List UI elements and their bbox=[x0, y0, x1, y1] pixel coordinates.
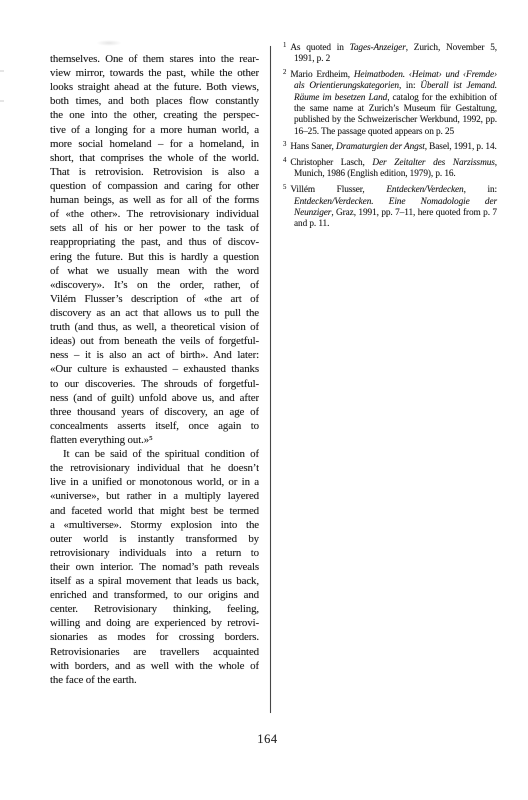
main-text-column: themselves. One of them stares into the … bbox=[50, 52, 259, 687]
text-line: «universe», but rather in a multiply lay… bbox=[50, 489, 259, 503]
text-line: themselves. One of them stares into the … bbox=[50, 52, 259, 66]
text-line: the one into the other, creating the per… bbox=[50, 108, 259, 122]
footnote-text: Hans Saner, bbox=[290, 142, 336, 152]
footnote-marker: 5 bbox=[283, 182, 286, 193]
text-line: «Our culture is exhausted – exhausted th… bbox=[50, 362, 259, 376]
text-line: human beings, as well as for all of the … bbox=[50, 193, 259, 207]
text-line: ness (and of guilt) unfold above us, and… bbox=[50, 391, 259, 405]
footnote-item: 1As quoted in Tages-Anzeiger, Zurich, No… bbox=[283, 43, 497, 66]
text-line: the face of the earth. bbox=[50, 673, 259, 687]
text-line: short, that comprises the whole of the w… bbox=[50, 151, 259, 165]
footnote-text-italic: Tages-Anzeiger bbox=[350, 43, 406, 53]
text-line: both times, and both places flow constan… bbox=[50, 94, 259, 108]
footnote-marker: 1 bbox=[283, 40, 286, 51]
text-line: question of compassion and caring for ot… bbox=[50, 179, 259, 193]
footnote-text: Christopher Lasch, bbox=[290, 158, 372, 168]
footnote-text: Mario Erdheim, bbox=[290, 70, 354, 80]
text-line: retrovisionary individuals into a return… bbox=[50, 546, 259, 560]
footnote-text-italic: Dramaturgien der Angst bbox=[336, 142, 425, 152]
text-line: the retrovisionary individual that he do… bbox=[50, 461, 259, 475]
text-line: sets all of his or her power to the task… bbox=[50, 221, 259, 235]
text-line: enriched and transformed, to our origins… bbox=[50, 588, 259, 602]
footnote-text-italic: Der Zeitalter des Narzissmus bbox=[372, 158, 494, 168]
text-line: live in a unified or monotonous world, o… bbox=[50, 475, 259, 489]
footnote-text: , in: bbox=[464, 185, 497, 195]
text-line: more social homeland – for a homeland, i… bbox=[50, 137, 259, 151]
text-line: Vilém Flusser’s description of «the art … bbox=[50, 292, 259, 306]
text-line: concealments asserts itself, once again … bbox=[50, 419, 259, 433]
footnote-marker: 2 bbox=[283, 67, 286, 78]
text-line: looks straight ahead at the future. Both… bbox=[50, 80, 259, 94]
text-line: view mirror, towards the past, while the… bbox=[50, 66, 259, 80]
text-line: discovery as an act that allows us to pu… bbox=[50, 306, 259, 320]
text-line: flatten everything out.»⁵ bbox=[50, 433, 259, 447]
scan-edge-artifact bbox=[0, 70, 4, 72]
scan-edge-artifact bbox=[0, 100, 4, 102]
footnote-item: 4Christopher Lasch, Der Zeitalter des Na… bbox=[283, 158, 497, 181]
text-line: three thousand years of discovery, an ag… bbox=[50, 405, 259, 419]
footnote-text: As quoted in bbox=[290, 43, 349, 53]
footnote-marker: 3 bbox=[283, 139, 286, 150]
footnote-text: , in: bbox=[399, 81, 420, 91]
footnotes-column: 1As quoted in Tages-Anzeiger, Zurich, No… bbox=[283, 43, 497, 235]
footnote-item: 2Mario Erdheim, Heimatboden. ‹Heimat› un… bbox=[283, 70, 497, 138]
text-line: It can be said of the spiritual conditio… bbox=[50, 447, 259, 461]
column-divider-rule bbox=[270, 46, 271, 713]
footnote-item: 3Hans Saner, Dramaturgien der Angst, Bas… bbox=[283, 142, 497, 153]
text-line: their own interior. The nomad’s path rev… bbox=[50, 560, 259, 574]
text-line: ideas) out from beneath the veils of for… bbox=[50, 334, 259, 348]
text-line: willing and doing are experienced by ret… bbox=[50, 616, 259, 630]
text-line: to our discoveries. The shrouds of forge… bbox=[50, 377, 259, 391]
text-line: ering the future. But this is hardly a q… bbox=[50, 250, 259, 264]
text-line: of «the other». The retrovisionary indiv… bbox=[50, 207, 259, 221]
text-line: a «multiverse». Stormy explosion into th… bbox=[50, 518, 259, 532]
text-line: itself as a spiral movement that leads u… bbox=[50, 574, 259, 588]
text-line: «discovery». It’s on the order, rather, … bbox=[50, 278, 259, 292]
text-line: with borders, and as well with the whole… bbox=[50, 659, 259, 673]
text-line: of what we usually mean with the word bbox=[50, 264, 259, 278]
text-line: reappropriating the past, and thus of di… bbox=[50, 235, 259, 249]
footnote-text-italic: Entdecken/Verdecken bbox=[386, 185, 463, 195]
book-page: themselves. One of them stares into the … bbox=[0, 0, 528, 800]
text-line: truth (and thus, as well, a theoretical … bbox=[50, 320, 259, 334]
scan-smudge bbox=[96, 40, 122, 46]
text-line: outer world is instantly transformed by bbox=[50, 532, 259, 546]
text-line: Retrovisionaries are travellers acquaint… bbox=[50, 645, 259, 659]
text-line: That is retrovision. Retrovision is also… bbox=[50, 165, 259, 179]
text-line: center. Retrovisionary thinking, feeling… bbox=[50, 602, 259, 616]
text-line: and faceted world that might best be ter… bbox=[50, 504, 259, 518]
page-number: 164 bbox=[240, 732, 295, 747]
footnote-text: Villém Flusser, bbox=[290, 185, 386, 195]
footnote-item: 5Villém Flusser, Entdecken/Verdecken, in… bbox=[283, 185, 497, 230]
text-line: tive of a longing for a more human world… bbox=[50, 123, 259, 137]
footnote-marker: 4 bbox=[283, 155, 286, 166]
text-line: sionaries as modes for crossing borders. bbox=[50, 630, 259, 644]
footnote-text: , Basel, 1991, p. 14. bbox=[425, 142, 497, 152]
text-line: ness – it is also an act of birth». And … bbox=[50, 348, 259, 362]
